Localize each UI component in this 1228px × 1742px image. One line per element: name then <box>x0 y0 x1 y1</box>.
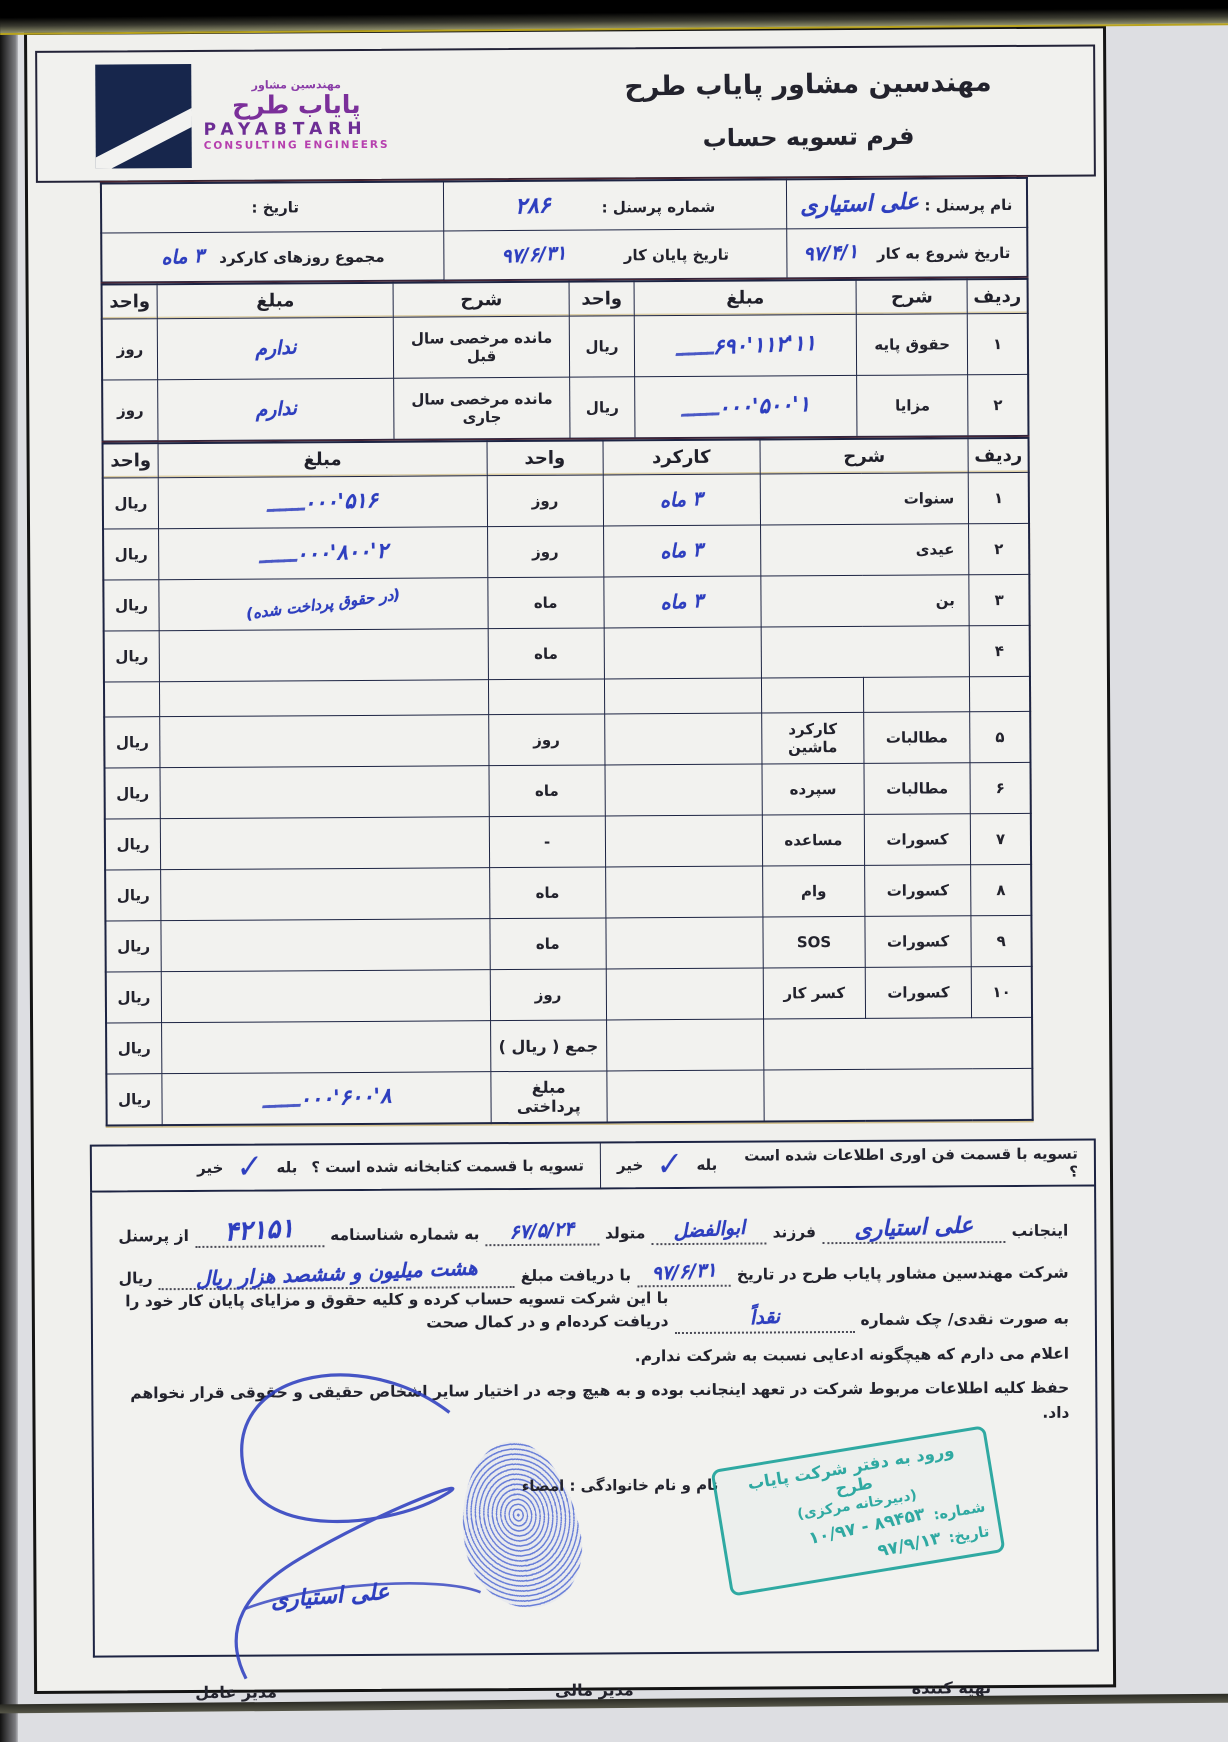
row-unit-2: ریال <box>104 717 160 768</box>
decl-text: به شماره شناسنامه <box>330 1223 479 1247</box>
row-work <box>605 866 763 918</box>
row-category: مطالبات <box>864 712 971 764</box>
father-handwritten: ابوالفضل <box>672 1214 745 1247</box>
col-unit-2: واحد <box>103 443 159 478</box>
personnel-name-cell: نام پرسنل : علی استیاری <box>786 178 1027 229</box>
logo-mark-icon <box>95 64 192 169</box>
date-cell: تاریخ : <box>101 181 444 233</box>
signature-zone: علی استیاری نام و نام خانوادگی : امضاء و… <box>120 1432 1071 1656</box>
amount-words-blank: هشت میلیون و ششصد هزار ریال <box>159 1257 515 1290</box>
row-category: مطالبات <box>864 763 971 815</box>
row-unit: ماه <box>489 867 605 919</box>
it-question-text: تسویه با قسمت فن اوری اطلاعات شده است ؟ <box>731 1145 1078 1183</box>
sum-empty-right <box>764 1017 1033 1070</box>
row-amount <box>161 919 490 972</box>
start-date-value: ۹۷/۴/۱ <box>802 240 858 265</box>
start-date-label: تاریخ شروع به کار <box>877 244 1010 263</box>
no-label: خیر <box>197 1159 223 1177</box>
personnel-name-value: علی استیاری <box>800 189 920 219</box>
row-unit: - <box>489 816 605 868</box>
end-date-value: ۹۷/۶/۳۱ <box>501 242 567 268</box>
row-unit: ماه <box>488 628 604 680</box>
personnel-number-cell: شماره پرسنل : ۲۸۶ <box>444 179 787 231</box>
table-row: ۹ کسورات SOS ماه ریال <box>105 915 1031 972</box>
table-row: ۱ سنوات ۳ ماه روز ۵۱۶'۰۰۰ ریال <box>103 472 1029 529</box>
row-unit-2: ریال <box>103 580 159 631</box>
col-row-number: ردیف <box>967 279 1027 314</box>
personnel-number-label: شماره پرسنل : <box>602 197 716 216</box>
salary-table: ردیف شرح مبلغ واحد شرح مبلغ واحد ۱ حقوق … <box>101 278 1030 443</box>
table-row: ۲ مزایا ۱'۵۰۰'۰۰۰ ریال مانده مرخصی سال ج… <box>102 374 1028 441</box>
table-row: ۳ بن ۳ ماه ماه (در حقوق پرداخت شده) ریال <box>103 574 1029 631</box>
row-number: ۲ <box>968 374 1029 436</box>
settlement-header-row: ردیف شرح کارکرد واحد مبلغ واحد <box>103 438 1029 478</box>
row-work <box>604 627 762 679</box>
salary-header-row: ردیف شرح مبلغ واحد شرح مبلغ واحد <box>102 279 1028 319</box>
settle-date-handwritten: ۹۷/۶/۳۱ <box>651 1256 717 1288</box>
row-work <box>606 968 764 1020</box>
decl-text: متولد <box>605 1222 646 1245</box>
row-number: ۱۰ <box>972 966 1032 1017</box>
stamp-number-label: شماره: <box>932 1499 986 1523</box>
row-unit-2: ریال <box>105 921 161 972</box>
paid-label: مبلغ پرداختی <box>491 1071 607 1123</box>
personnel-name-label: نام پرسنل : <box>924 195 1012 214</box>
company-logo: مهندسین مشاور پایاب طرح PAYABTARH CONSUL… <box>37 50 524 181</box>
row-category: کسورات <box>864 814 971 866</box>
settle-date-blank: ۹۷/۶/۳۱ <box>637 1257 731 1287</box>
row-number: ۱ <box>968 313 1029 374</box>
declaration-line-3: به صورت نقدی/ چک شماره نقداً با این شرکت… <box>119 1285 1069 1337</box>
table-row: ۲ عیدی ۳ ماه روز ۲'۸۰۰'۰۰۰ ریال <box>103 523 1029 580</box>
row-description: مزایا <box>857 375 968 437</box>
row-unit: ماه <box>489 765 605 817</box>
row-unit: ریال <box>569 316 634 377</box>
logo-en-name: PAYABTARH <box>204 120 390 141</box>
row-unit-2: ریال <box>103 529 159 580</box>
row-number: ۸ <box>971 864 1031 915</box>
row-category: کسورات <box>865 916 972 968</box>
row-work <box>604 713 762 765</box>
amount-words-handwritten: هشت میلیون و ششصد هزار ریال <box>195 1252 478 1294</box>
decl-text: با دریافت مبلغ <box>521 1264 631 1288</box>
logo-en-subtitle: CONSULTING ENGINEERS <box>204 139 390 152</box>
fingerprint <box>448 1432 592 1618</box>
row-amount <box>160 766 489 819</box>
spacer-row <box>104 676 1030 717</box>
row-unit-2: ریال <box>103 478 159 529</box>
row-number: ۹ <box>971 915 1031 966</box>
row-number: ۳ <box>969 574 1029 625</box>
decl-text: به صورت نقدی/ چک شماره <box>860 1308 1069 1333</box>
personal-info-table: نام پرسنل : علی استیاری شماره پرسنل : ۲۸… <box>100 177 1029 284</box>
row-work <box>605 917 763 969</box>
start-date-cell: تاریخ شروع به کار ۹۷/۴/۱ <box>786 227 1027 278</box>
row-description: سنوات <box>760 473 969 525</box>
paid-row: مبلغ پرداختی ۸'۶۰۰'۰۰۰ ریال <box>106 1068 1032 1125</box>
declaration-line-5: حفظ کلیه اطلاعات مربوط شرکت در تعهد اینج… <box>119 1376 1069 1431</box>
row-description-2: مانده مرخصی سال جاری <box>394 377 570 440</box>
name-handwritten: علی استیاری <box>854 1209 974 1247</box>
table-row: ۵ مطالبات کارکرد ماشین روز ریال <box>104 711 1030 768</box>
row-amount-2-handwritten: ندارم <box>255 397 298 421</box>
id-blank: ۴۲۱۵۱ <box>195 1211 324 1248</box>
form-titles: مهندسین مشاور پایاب طرح فرم تسویه حساب <box>523 46 1094 177</box>
row-description: وام <box>763 865 865 917</box>
row-work-handwritten: ۳ ماه <box>660 539 704 563</box>
decl-text: اینجانب <box>1012 1219 1069 1243</box>
cheque-blank: نقداً <box>674 1303 854 1333</box>
row-amount <box>161 868 490 921</box>
form-title: فرم تسویه حساب <box>702 122 914 153</box>
decl-text: ریال <box>119 1267 153 1290</box>
row-amount <box>161 970 490 1023</box>
row-description-2: مانده مرخصی سال قبل <box>393 316 569 378</box>
row-amount-2-handwritten: ندارم <box>254 336 297 360</box>
col-amount: مبلغ <box>158 441 487 478</box>
row-category: کسورات <box>864 865 971 917</box>
personnel-number-value: ۲۸۶ <box>514 193 550 219</box>
sum-unit: ریال <box>106 1023 162 1074</box>
col-unit-2: واحد <box>102 284 158 319</box>
row-unit-2: ریال <box>105 870 161 921</box>
logo-stripe <box>95 104 192 168</box>
col-description: شرح <box>856 279 967 314</box>
signature-label: نام و نام خانوادگی : امضاء <box>522 1476 719 1495</box>
row-unit: روز <box>487 475 603 527</box>
paid-unit: ریال <box>106 1074 162 1126</box>
row-description: SOS <box>763 916 865 968</box>
end-date-cell: تاریخ پایان کار ۹۷/۶/۳۱ <box>444 229 787 281</box>
paid-amount-handwritten: ۸'۶۰۰'۰۰۰ <box>262 1084 392 1113</box>
row-work-handwritten: ۳ ماه <box>660 488 704 512</box>
row-unit: ماه <box>490 918 606 970</box>
row-unit-2: روز <box>102 319 158 380</box>
it-clearance-question: تسویه با قسمت فن اوری اطلاعات شده است ؟ … <box>600 1140 1094 1187</box>
table-row: ۱۰ کسورات کسر کار روز ریال <box>106 966 1032 1023</box>
table-row: ۷ کسورات مساعده - ریال <box>105 813 1031 870</box>
row-description <box>761 626 970 678</box>
form-header: مهندسین مشاور پایاب طرح فرم تسویه حساب م… <box>35 44 1096 182</box>
sum-label: جمع ( ریال ) <box>490 1020 606 1072</box>
declaration-section: اینجانب علی استیاری فرزند ابوالفضل متولد… <box>90 1186 1099 1657</box>
row-amount-handwritten: ۵۱۶'۰۰۰ <box>267 488 379 517</box>
row-amount-handwritten: ۱'۵۰۰'۰۰۰ <box>681 392 811 421</box>
name-blank: علی استیاری <box>822 1211 1006 1244</box>
check-mark: ✓ <box>237 1166 262 1170</box>
total-days-cell: مجموع روزهای کارکرد ۳ ماه <box>101 231 444 283</box>
decl-text: شرکت مهندسین مشاور پایاب طرح در تاریخ <box>737 1261 1069 1286</box>
finance-manager-label: مدیر مالی <box>555 1680 634 1699</box>
row-amount-handwritten: ۲'۸۰۰'۰۰۰ <box>258 539 388 568</box>
table-row: ۴ ماه ریال <box>104 625 1030 682</box>
row-number: ۴ <box>969 625 1029 676</box>
id-handwritten: ۴۲۱۵۱ <box>223 1209 295 1252</box>
end-date-label: تاریخ پایان کار <box>624 246 729 265</box>
paid-empty-right <box>764 1068 1033 1121</box>
col-description-2: شرح <box>393 282 569 318</box>
row-amount-handwritten: ۱۱'۱۱۲'۶۹۰ <box>675 331 816 361</box>
yes-label: بله <box>696 1156 717 1174</box>
row-work <box>605 815 763 867</box>
preparer-label: تهیه کننده <box>912 1678 992 1697</box>
row-number: ۲ <box>969 523 1029 574</box>
row-description: بن <box>761 575 970 627</box>
row-unit: روز <box>488 714 604 766</box>
row-unit-2: ریال <box>104 768 160 819</box>
row-unit-2: ریال <box>105 819 161 870</box>
row-unit: ماه <box>488 577 604 629</box>
total-days-value: ۳ ماه <box>161 245 205 269</box>
table-row: ۶ مطالبات سپرده ماه ریال <box>104 762 1030 819</box>
row-unit-2: ریال <box>106 972 162 1023</box>
row-unit: روز <box>487 526 603 578</box>
company-title: مهندسین مشاور پایاب طرح <box>624 67 992 103</box>
ceo-label: مدیر عامل <box>195 1682 277 1701</box>
row-work <box>605 764 763 816</box>
col-amount-2: مبلغ <box>157 283 393 319</box>
stamp-date-label: تاریخ: <box>947 1524 990 1546</box>
settlement-table: ردیف شرح کارکرد واحد مبلغ واحد ۱ سنوات ۳… <box>102 437 1034 1127</box>
table-row: تاریخ شروع به کار ۹۷/۴/۱ تاریخ پایان کار… <box>101 227 1027 282</box>
row-work-handwritten: ۳ ماه <box>660 590 704 614</box>
birth-handwritten: ۶۷/۵/۲۴ <box>509 1215 575 1247</box>
date-label: تاریخ : <box>251 198 299 216</box>
library-clearance-question: تسویه با قسمت کتابخانه شده است ؟ بله ✓ خ… <box>92 1144 600 1191</box>
col-amount: مبلغ <box>634 280 856 316</box>
logo-text: مهندسین مشاور پایاب طرح PAYABTARH CONSUL… <box>203 78 389 152</box>
library-question-text: تسویه با قسمت کتابخانه شده است ؟ <box>311 1157 584 1177</box>
decl-text: فرزند <box>772 1221 816 1245</box>
yes-label: بله <box>276 1158 297 1176</box>
row-note-handwritten: (در حقوق پرداخت شده) <box>245 585 401 623</box>
total-days-label: مجموع روزهای کارکرد <box>219 248 384 267</box>
scan-edge-left <box>0 0 18 1742</box>
sum-amount <box>162 1021 491 1074</box>
row-number: ۱ <box>969 472 1029 523</box>
row-number: ۷ <box>971 813 1031 864</box>
office-entry-stamp: ورود به دفتر شرکت پایاب طرح (دبیرخانه مر… <box>710 1425 1005 1596</box>
check-mark: ✓ <box>657 1163 682 1167</box>
clearance-questions: تسویه با قسمت فن اوری اطلاعات شده است ؟ … <box>90 1138 1096 1192</box>
signature-name-handwritten: علی استیاری <box>270 1580 390 1614</box>
row-number: ۶ <box>970 762 1030 813</box>
col-row-number: ردیف <box>968 438 1028 473</box>
decl-text: با این شرکت تسویه حساب کرده و کلیه حقوق … <box>119 1287 669 1337</box>
row-description: عیدی <box>760 524 969 576</box>
cheque-handwritten: نقداً <box>749 1303 781 1333</box>
birth-blank: ۶۷/۵/۲۴ <box>485 1216 599 1246</box>
col-work: کارکرد <box>603 440 761 475</box>
table-row: ۸ کسورات وام ماه ریال <box>105 864 1031 921</box>
row-amount <box>159 629 488 682</box>
sum-row: جمع ( ریال ) ریال <box>106 1017 1032 1074</box>
col-description: شرح <box>760 438 969 474</box>
sum-empty-work <box>606 1019 764 1071</box>
row-unit-2: روز <box>102 380 158 442</box>
table-row: نام پرسنل : علی استیاری شماره پرسنل : ۲۸… <box>101 178 1027 233</box>
declaration-line-4: اعلام می دارم که هیچگونه ادعایی نسبت به … <box>119 1341 1069 1372</box>
col-unit: واحد <box>487 440 603 475</box>
declaration-line-1: اینجانب علی استیاری فرزند ابوالفضل متولد… <box>118 1201 1068 1249</box>
row-number: ۵ <box>970 711 1030 762</box>
decl-text: از پرسنل <box>118 1225 189 1249</box>
table-row: ۱ حقوق پایه ۱۱'۱۱۲'۶۹۰ ریال مانده مرخصی … <box>102 313 1028 380</box>
father-blank: ابوالفضل <box>651 1215 766 1245</box>
form-page: مهندسین مشاور پایاب طرح فرم تسویه حساب م… <box>24 25 1116 1694</box>
row-unit: ریال <box>570 377 635 439</box>
row-amount <box>160 817 489 870</box>
scanned-page: مهندسین مشاور پایاب طرح فرم تسویه حساب م… <box>0 0 1228 1742</box>
row-unit: روز <box>490 969 606 1021</box>
row-description: مساعده <box>762 814 864 866</box>
row-unit-2: ریال <box>104 631 160 682</box>
row-description: سپرده <box>762 763 864 815</box>
no-label: خیر <box>617 1156 643 1174</box>
row-amount <box>160 715 489 768</box>
col-unit: واحد <box>569 281 634 316</box>
paid-empty-work <box>606 1070 764 1122</box>
row-category: کسورات <box>865 967 972 1019</box>
row-description: کارکرد ماشین <box>762 712 864 764</box>
row-description: حقوق پایه <box>856 314 967 376</box>
logo-fa-name: پایاب طرح <box>203 91 389 121</box>
row-description: کسر کار <box>763 967 865 1019</box>
